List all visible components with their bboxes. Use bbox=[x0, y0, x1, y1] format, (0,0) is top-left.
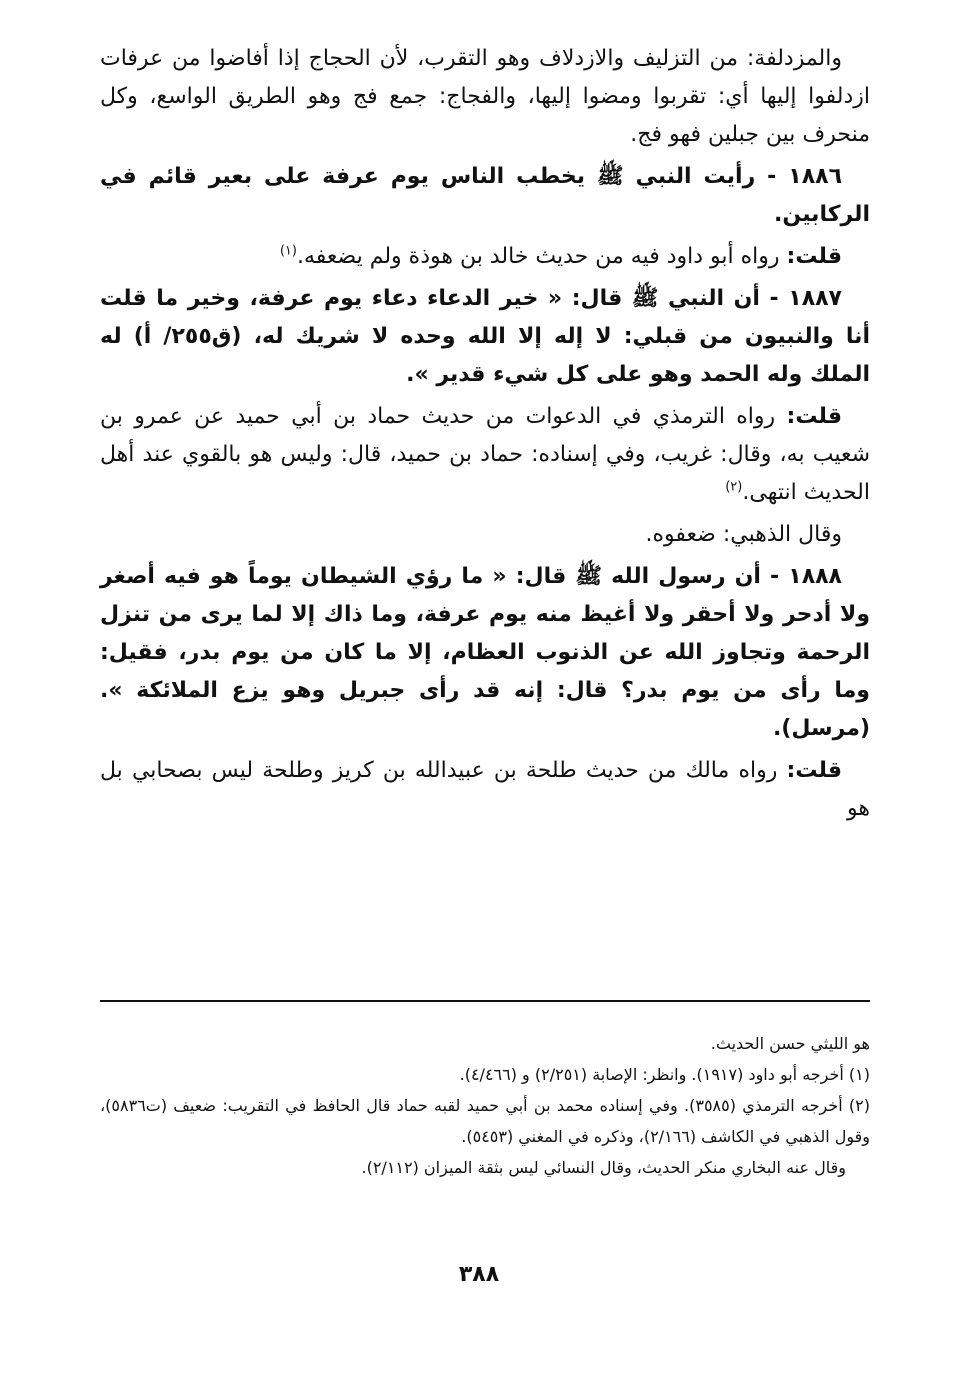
comment-1888: قلت: رواه مالك من حديث طلحة بن عبيدالله … bbox=[100, 752, 870, 828]
qult-label: قلت: bbox=[787, 758, 842, 783]
qult-label: قلت: bbox=[787, 244, 842, 269]
paragraph-muzdalifa-definition: والمزدلفة: من التزليف والازدلاف وهو التق… bbox=[100, 40, 870, 154]
hadith-text: - أن رسول الله ﷺ قال: « ما رؤي الشيطان ي… bbox=[100, 564, 870, 741]
hadith-number: ١٨٨٦ bbox=[788, 164, 842, 189]
comment-1886: قلت: رواه أبو داود فيه من حديث خالد بن ه… bbox=[100, 238, 870, 276]
comment-text: رواه مالك من حديث طلحة بن عبيدالله بن كر… bbox=[100, 758, 870, 821]
footnote-ref-1[interactable]: (١) bbox=[280, 244, 297, 259]
hadith-number: ١٨٨٨ bbox=[788, 564, 842, 589]
footnote-ref-2[interactable]: (٢) bbox=[725, 480, 742, 495]
footnote-separator bbox=[100, 1000, 870, 1002]
footnote-2-continuation: وقال عنه البخاري منكر الحديث، وقال النسا… bbox=[100, 1152, 870, 1183]
page-number: ٣٨٨ bbox=[0, 1262, 958, 1287]
hadith-text: - أن النبي ﷺ قال: « خير الدعاء دعاء يوم … bbox=[100, 286, 870, 387]
hadith-text: - رأيت النبي ﷺ يخطب الناس يوم عرفة على ب… bbox=[100, 164, 870, 227]
hadith-1886: ١٨٨٦ - رأيت النبي ﷺ يخطب الناس يوم عرفة … bbox=[100, 158, 870, 234]
footnote-continuation: هو الليثي حسن الحديث. bbox=[100, 1028, 870, 1059]
muzdalifa-text: والمزدلفة: من التزليف والازدلاف وهو التق… bbox=[100, 46, 870, 147]
footnote-1: (١) أخرجه أبو داود (١٩١٧). وانظر: الإصاب… bbox=[100, 1059, 870, 1090]
hadith-1887: ١٨٨٧ - أن النبي ﷺ قال: « خير الدعاء دعاء… bbox=[100, 280, 870, 394]
dhahabi-note: وقال الذهبي: ضعفوه. bbox=[100, 516, 870, 554]
footnote-2: (٢) أخرجه الترمذي (٣٥٨٥). وفي إسناده محم… bbox=[100, 1090, 870, 1152]
qult-label: قلت: bbox=[787, 404, 842, 429]
main-text-block: والمزدلفة: من التزليف والازدلاف وهو التق… bbox=[100, 40, 870, 832]
comment-1887: قلت: رواه الترمذي في الدعوات من حديث حما… bbox=[100, 398, 870, 512]
dhahabi-text: وقال الذهبي: ضعفوه. bbox=[646, 522, 842, 547]
hadith-number: ١٨٨٧ bbox=[788, 286, 842, 311]
comment-text: رواه أبو داود فيه من حديث خالد بن هوذة و… bbox=[297, 244, 780, 269]
hadith-1888: ١٨٨٨ - أن رسول الله ﷺ قال: « ما رؤي الشي… bbox=[100, 558, 870, 748]
footnotes-block: هو الليثي حسن الحديث. (١) أخرجه أبو داود… bbox=[100, 1028, 870, 1183]
comment-text: رواه الترمذي في الدعوات من حديث حماد بن … bbox=[100, 404, 870, 505]
